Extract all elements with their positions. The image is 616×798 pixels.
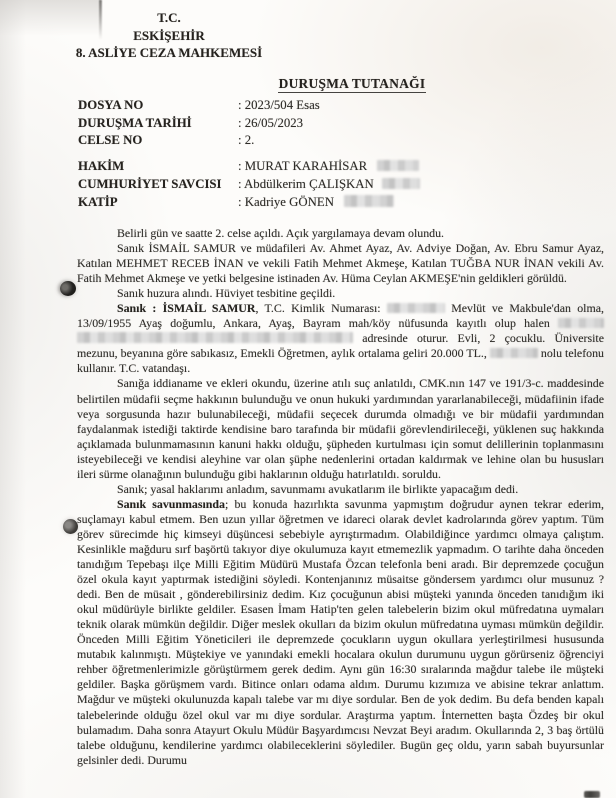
defendant-name-lead: Sanık : İSMAİL SAMUR	[117, 301, 255, 315]
document-title-text: DURUŞMA TUTANAĞI	[278, 76, 427, 93]
bottom-right-ink-mark	[584, 791, 600, 798]
redaction-blur	[377, 160, 419, 171]
redaction-blur-address-long	[77, 332, 353, 343]
paragraph-kimlik-tespiti: Sanık : İSMAİL SAMUR, T.C. Kimlik Numara…	[77, 301, 604, 376]
paragraph-text: , T.C. Kimlik Numarası:	[255, 301, 386, 315]
case-info-label: CELSE NO	[78, 132, 238, 150]
document-body: Belirli gün ve saatte 2. celse açıldı. A…	[77, 226, 604, 768]
paragraph-text: Sanık İSMAİL SAMUR ve müdafileri Av. Ahm…	[77, 241, 604, 285]
case-info-label: DOSYA NO	[78, 97, 238, 115]
official-value: : Kadriye GÖNEN	[238, 193, 394, 211]
paragraph-hazir-bulunanlar: Sanık İSMAİL SAMUR ve müdafileri Av. Ahm…	[77, 241, 604, 286]
document-title: DURUŞMA TUTANAĞI	[231, 76, 473, 92]
official-name: : Abdülkerim ÇALIŞKAN	[238, 177, 374, 191]
hole-punch-mark-top	[60, 281, 76, 296]
paragraph-text: ; bu konuda hazırlıkta savunma yapmıştım…	[77, 497, 604, 767]
court-document-scan: T.C. ESKİŞEHİR 8. ASLİYE CEZA MAHKEMESİ …	[0, 0, 616, 798]
official-name: : MURAT KARAHİSAR	[238, 159, 367, 173]
case-info-row-dosya-no: DOSYA NO : 2023/504 Esas	[78, 97, 538, 115]
case-info: DOSYA NO : 2023/504 Esas DURUŞMA TARİHİ …	[78, 97, 538, 150]
defense-lead: Sanık savunmasında	[117, 497, 225, 511]
redaction-blur-id-number	[387, 303, 445, 313]
paragraph-huzura-alindi: Sanık huzura alındı. Hüviyet tesbitine g…	[77, 286, 604, 301]
paragraph-celse-acildi: Belirli gün ve saatte 2. celse açıldı. A…	[77, 226, 604, 241]
paragraph-sanik-savunmasi: Sanık savunmasında; bu konuda hazırlıkta…	[77, 497, 604, 768]
case-info-value: : 2.	[238, 132, 254, 150]
hole-punch-mark-bottom	[63, 519, 78, 534]
official-label: CUMHURİYET SAVCISI	[78, 175, 238, 193]
paragraph-text: Sanık; yasal haklarımı anladım, savunmam…	[117, 482, 518, 496]
case-info-row-durusma-tarihi: DURUŞMA TARİHİ : 26/05/2023	[78, 115, 538, 133]
header-tc: T.C.	[50, 9, 288, 27]
court-officials: HAKİM : MURAT KARAHİSAR CUMHURİYET SAVCI…	[78, 157, 578, 211]
paragraph-haklarin-hatirlatilmasi: Sanığa iddianame ve ekleri okundu, üzeri…	[77, 376, 604, 481]
redaction-blur-phone	[490, 348, 538, 358]
court-header: T.C. ESKİŞEHİR 8. ASLİYE CEZA MAHKEMESİ	[50, 9, 288, 62]
redaction-blur	[382, 178, 420, 189]
redaction-blur-address	[558, 318, 604, 328]
official-value: : Abdülkerim ÇALIŞKAN	[238, 175, 420, 193]
official-value: : MURAT KARAHİSAR	[238, 157, 419, 175]
case-info-value: : 2023/504 Esas	[238, 97, 320, 115]
paragraph-haklarimi-anladim: Sanık; yasal haklarımı anladım, savunmam…	[77, 482, 604, 497]
official-row-savci: CUMHURİYET SAVCISI : Abdülkerim ÇALIŞKAN	[78, 175, 578, 193]
official-row-katip: KATİP : Kadriye GÖNEN	[78, 193, 578, 211]
official-label: HAKİM	[78, 157, 238, 175]
header-court-name: 8. ASLİYE CEZA MAHKEMESİ	[50, 44, 288, 62]
official-name: : Kadriye GÖNEN	[238, 195, 334, 209]
official-row-hakim: HAKİM : MURAT KARAHİSAR	[78, 157, 578, 175]
case-info-value: : 26/05/2023	[238, 115, 303, 133]
case-info-label: DURUŞMA TARİHİ	[78, 115, 238, 133]
paragraph-text: Sanık huzura alındı. Hüviyet tesbitine g…	[117, 286, 335, 300]
paragraph-text: Sanığa iddianame ve ekleri okundu, üzeri…	[77, 376, 604, 480]
case-info-row-celse-no: CELSE NO : 2.	[78, 132, 538, 150]
official-label: KATİP	[78, 193, 238, 211]
paragraph-text: Belirli gün ve saatte 2. celse açıldı. A…	[117, 226, 444, 240]
header-city: ESKİŞEHİR	[50, 27, 288, 45]
redaction-blur	[344, 195, 394, 207]
